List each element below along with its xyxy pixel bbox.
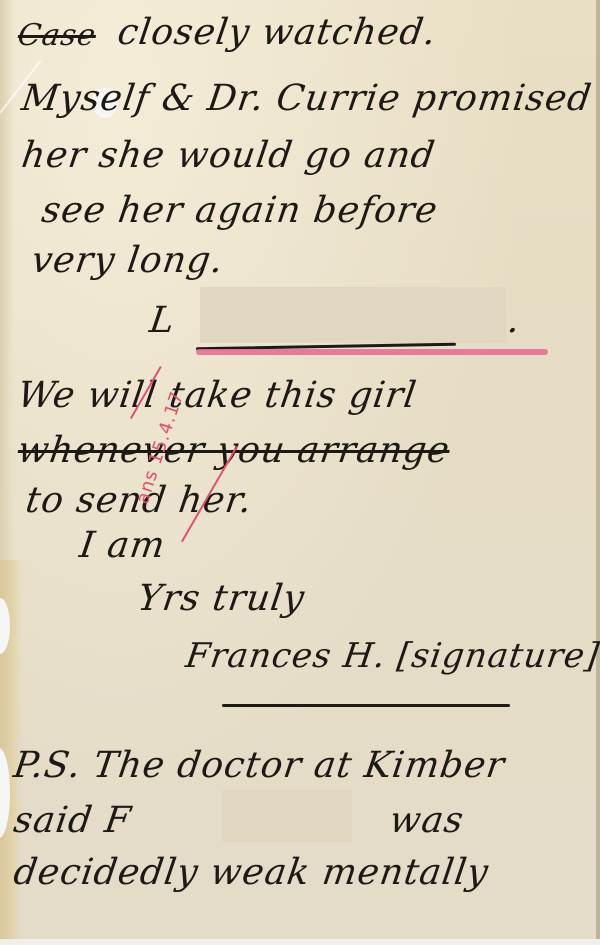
paper-edge-bottom [0,939,600,945]
signature-underline [222,704,510,707]
postscript-line: decidedly weak mentally [11,852,491,893]
paper-edge-right [596,0,600,945]
letter-line: closely watched. [115,12,439,53]
letter-line: her she would go and [19,135,438,176]
letter-line: . [505,300,523,341]
paper-edge-shadow [0,0,14,560]
redaction-block [222,790,352,842]
postscript-line: said F [11,800,134,841]
closing-line: Yrs truly [135,578,307,619]
letter-line: L [147,300,178,341]
closing-line: I am [77,525,168,566]
highlight-underline [196,349,548,355]
letter-page: Case closely watched. Myself & Dr. Curri… [0,0,600,945]
redaction-block [200,287,506,343]
letter-line: We will take this girl [15,375,419,416]
signature: Frances H. [signature] [183,636,600,676]
letter-line: see her again before [39,190,440,231]
struck-word: Case [16,18,99,53]
letter-line: very long. [29,240,226,281]
postscript-line: P.S. The doctor at Kimber [11,745,507,786]
letter-line: Myself & Dr. Currie promised [19,78,594,119]
postscript-line: was [387,800,467,841]
